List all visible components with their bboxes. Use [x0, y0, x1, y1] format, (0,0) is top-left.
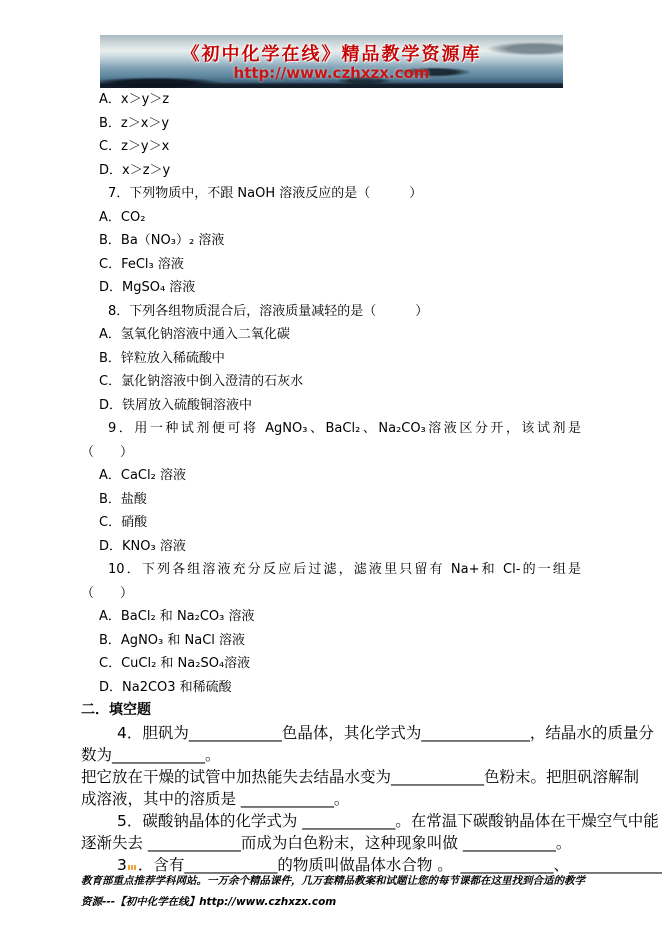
spellcheck-squiggle-icon	[128, 865, 137, 870]
q8-option-a: A．氢氧化钠溶液中通入二氧化碳	[81, 323, 581, 347]
q9-stem-line2: （ ）	[81, 441, 581, 465]
q4-line2: 数为____________。	[81, 744, 645, 766]
q10-option-a: A．BaCl₂ 和 Na₂CO₃ 溶液	[81, 605, 581, 629]
q10-option-b: B．AgNO₃ 和 NaCl 溶液	[81, 629, 581, 653]
q4-line4: 成溶液，其中的溶质是 ____________。	[81, 788, 645, 810]
q6-option-d: D．x＞z＞y	[81, 159, 581, 183]
q7-option-b: B．Ba（NO₃）₂ 溶液	[81, 229, 581, 253]
q7-stem: 7．下列物质中，不跟 NaOH 溶液反应的是（ ）	[81, 182, 581, 206]
multiple-choice-section: A．x＞y＞z B．z＞x＞y C．z＞y＞x D．x＞z＞y 7．下列物质中，…	[81, 88, 581, 723]
q5-line1: 5．碳酸钠晶体的化学式为 ____________。在常温下碳酸钠晶体在干燥空气…	[81, 810, 645, 832]
banner-title: 《初中化学在线》精品教学资源库	[182, 40, 482, 66]
q6-option-c: C．z＞y＞x	[81, 135, 581, 159]
q8-stem: 8．下列各组物质混合后，溶液质量减轻的是（ ）	[81, 300, 581, 324]
header-banner-image: 《初中化学在线》精品教学资源库 http://www.czhxzx.com	[100, 35, 563, 88]
q7-option-c: C．FeCl₃ 溶液	[81, 253, 581, 277]
q8-option-b: B．锌粒放入稀硫酸中	[81, 347, 581, 371]
q9-option-c: C．硝酸	[81, 511, 581, 535]
footer-promo: 教育部重点推荐学科网站。一万余个精品课件，几万套精品教案和试题让您的每节课都在这…	[81, 871, 641, 913]
document-page: { "banner": { "title": "《初中化学在线》精品教学资源库"…	[0, 0, 662, 936]
fill-in-section: 4．胆矾为____________色晶体，其化学式为______________…	[81, 722, 645, 876]
q6-option-b: B．z＞x＞y	[81, 112, 581, 136]
q7-option-a: A．CO₂	[81, 206, 581, 230]
q9-option-d: D．KNO₃ 溶液	[81, 535, 581, 559]
q10-stem-line2: （ ）	[81, 582, 581, 606]
q8-option-c: C．氯化钠溶液中倒入澄清的石灰水	[81, 370, 581, 394]
footer-line2: 资源---【初中化学在线】http://www.czhxzx.com	[81, 892, 641, 913]
q7-option-d: D．MgSO₄ 溶液	[81, 276, 581, 300]
q8-option-d: D．铁屑放入硫酸铜溶液中	[81, 394, 581, 418]
footer-line1: 教育部重点推荐学科网站。一万余个精品课件，几万套精品教案和试题让您的每节课都在这…	[81, 871, 641, 892]
banner-url: http://www.czhxzx.com	[234, 64, 430, 82]
q9-stem-line1: 9．用一种试剂便可将 AgNO₃、BaCl₂、Na₂CO₃溶液区分开，该试剂是	[81, 417, 581, 441]
q10-option-c: C．CuCl₂ 和 Na₂SO₄溶液	[81, 652, 581, 676]
q9-option-b: B．盐酸	[81, 488, 581, 512]
q10-option-d: D．Na2CO3 和稀硫酸	[81, 676, 581, 700]
q4-line1: 4．胆矾为____________色晶体，其化学式为______________…	[81, 722, 645, 744]
q10-stem-line1: 10．下列各组溶液充分反应后过滤，滤液里只留有 Na+和 Cl-的一组是	[81, 558, 581, 582]
q9-option-a: A．CaCl₂ 溶液	[81, 464, 581, 488]
q6-option-a: A．x＞y＞z	[81, 88, 581, 112]
section2-heading: 二．填空题	[81, 699, 581, 723]
q5-line2: 逐渐失去 ____________而成为白色粉末，这种现象叫做 ________…	[81, 832, 645, 854]
q4-line3: 把它放在干燥的试管中加热能失去结晶水变为____________色粉末。把胆矾溶…	[81, 766, 645, 788]
